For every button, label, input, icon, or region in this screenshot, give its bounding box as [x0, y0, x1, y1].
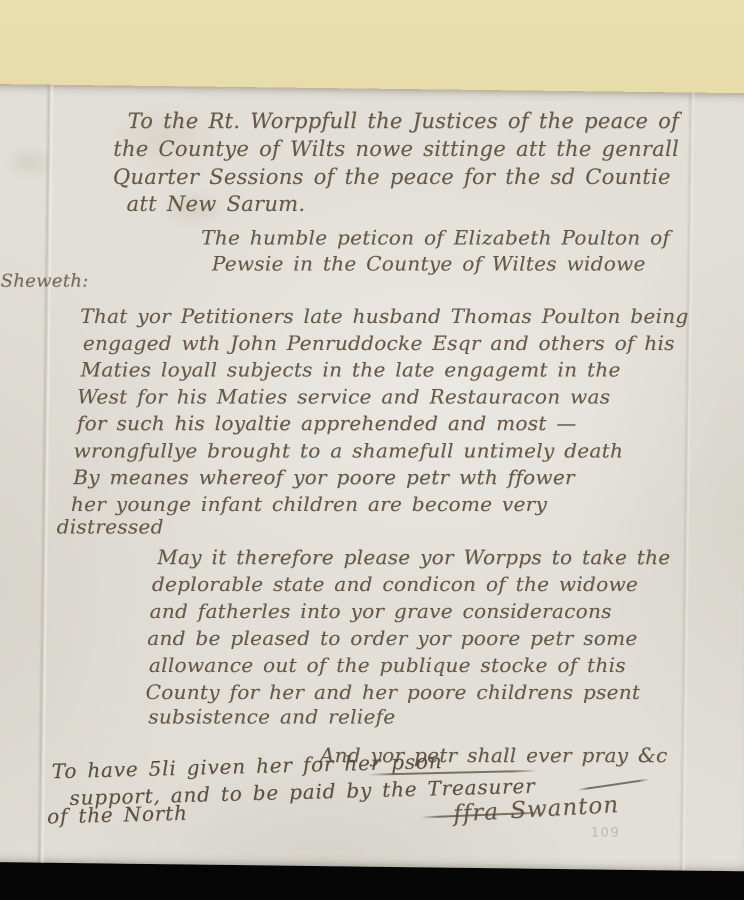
body-line: By meanes whereof yor poore petr wth ffo…	[73, 465, 575, 489]
scanned-document-view: To the Rt. Worppfull the Justices of the…	[0, 0, 744, 900]
prayer-line: deplorable state and condicon of the wid…	[152, 572, 638, 596]
heading-line: att New Sarum.	[127, 192, 306, 216]
prayer-line: County for her and her poore childrens p…	[146, 680, 641, 704]
folio-number: 109	[591, 825, 620, 840]
prayer-line: and fatherles into yor grave consideraco…	[150, 599, 612, 623]
body-line: That yor Petitioners late husband Thomas…	[80, 304, 688, 328]
prayer-line: subsistence and reliefe	[148, 704, 395, 728]
manuscript-page: To the Rt. Worppfull the Justices of the…	[0, 84, 744, 871]
prayer-line: May it therefore please yor Worpps to ta…	[157, 545, 670, 569]
heading-line: the Countye of Wilts nowe sittinge att t…	[113, 137, 679, 161]
petition-line: Pewsie in the Countye of Wiltes widowe	[212, 251, 646, 275]
body-line: Maties loyall subjects in the late engag…	[81, 357, 621, 381]
order-line: of the North	[47, 801, 188, 829]
closing-flourish-line	[578, 778, 650, 790]
petition-line: The humble peticon of Elizabeth Poulton …	[201, 225, 670, 249]
body-line: engaged wth John Penruddocke Esqr and ot…	[83, 331, 675, 355]
heading-line: Quarter Sessions of the peace for the sd…	[113, 165, 671, 189]
body-line: West for his Maties service and Restaura…	[77, 384, 610, 408]
sheweth-label: Sheweth:	[1, 271, 89, 292]
body-line: distressed	[57, 515, 164, 539]
body-line: her younge infant children are become ve…	[71, 492, 547, 516]
prayer-line: and be pleased to order yor poore petr s…	[147, 626, 637, 650]
body-line: for such his loyaltie apprehended and mo…	[77, 411, 577, 435]
heading-line: To the Rt. Worppfull the Justices of the…	[128, 109, 680, 133]
prayer-line: allowance out of the publique stocke of …	[149, 653, 626, 677]
body-line: wrongfullye brought to a shamefull untim…	[74, 438, 624, 462]
